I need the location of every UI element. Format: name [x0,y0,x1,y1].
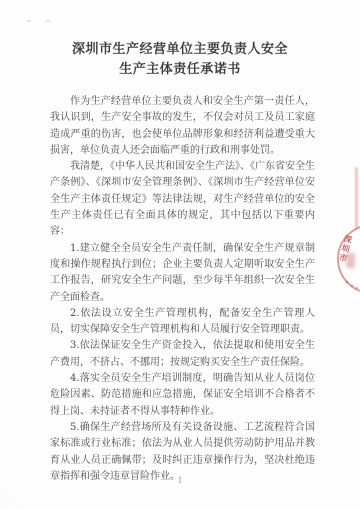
seal-dots [346,281,348,283]
document-title: 深圳市生产经营单位主要负责人安全 生产主体责任承诺书 [0,0,360,80]
document-body: 作为生产经营单位主要负责人和安全生产第一责任人，我认识到，生产安全事故的发生，不… [50,94,315,485]
page-number: 1 [0,476,360,485]
official-seal-stamp: 深圳市 [337,224,360,294]
title-line-1: 深圳市生产经营单位主要负责人安全 [0,40,360,60]
body-paragraph-item-4: 4.落实全员安全生产培训制度，明确告知从业人员岗位危险因素、防范措施和应急措施，… [50,371,315,420]
body-paragraph-intro: 作为生产经营单位主要负责人和安全生产第一责任人，我认识到，生产安全事故的发生，不… [50,94,315,159]
document-page: 深圳市生产经营单位主要负责人安全 生产主体责任承诺书 作为生产经营单位主要负责人… [0,0,360,510]
body-paragraph-item-2: 2.依法设立安全生产管理机构，配备安全生产管理人员，切实保障安全生产管理机构和人… [50,306,315,339]
red-ink-smudge [355,167,358,229]
title-line-2: 生产主体责任承诺书 [0,60,360,80]
body-paragraph-item-3: 3.依法保证安全生产资金投入，依法提取和使用安全生产费用，不挤占、不挪用；按规定… [50,338,315,371]
body-paragraph-item-1: 1.建立健全全员安全生产责任制，确保安全生产规章制度和操作规程执行到位；企业主要… [50,241,315,306]
seal-inner-mark [346,253,355,268]
scan-artifact-dot [27,20,31,22]
scan-artifact-dot [46,20,50,22]
body-paragraph-laws: 我清楚，《中华人民共和国安全生产法》、《广东省安全生产条例》、《深圳市安全管理条… [50,159,315,240]
